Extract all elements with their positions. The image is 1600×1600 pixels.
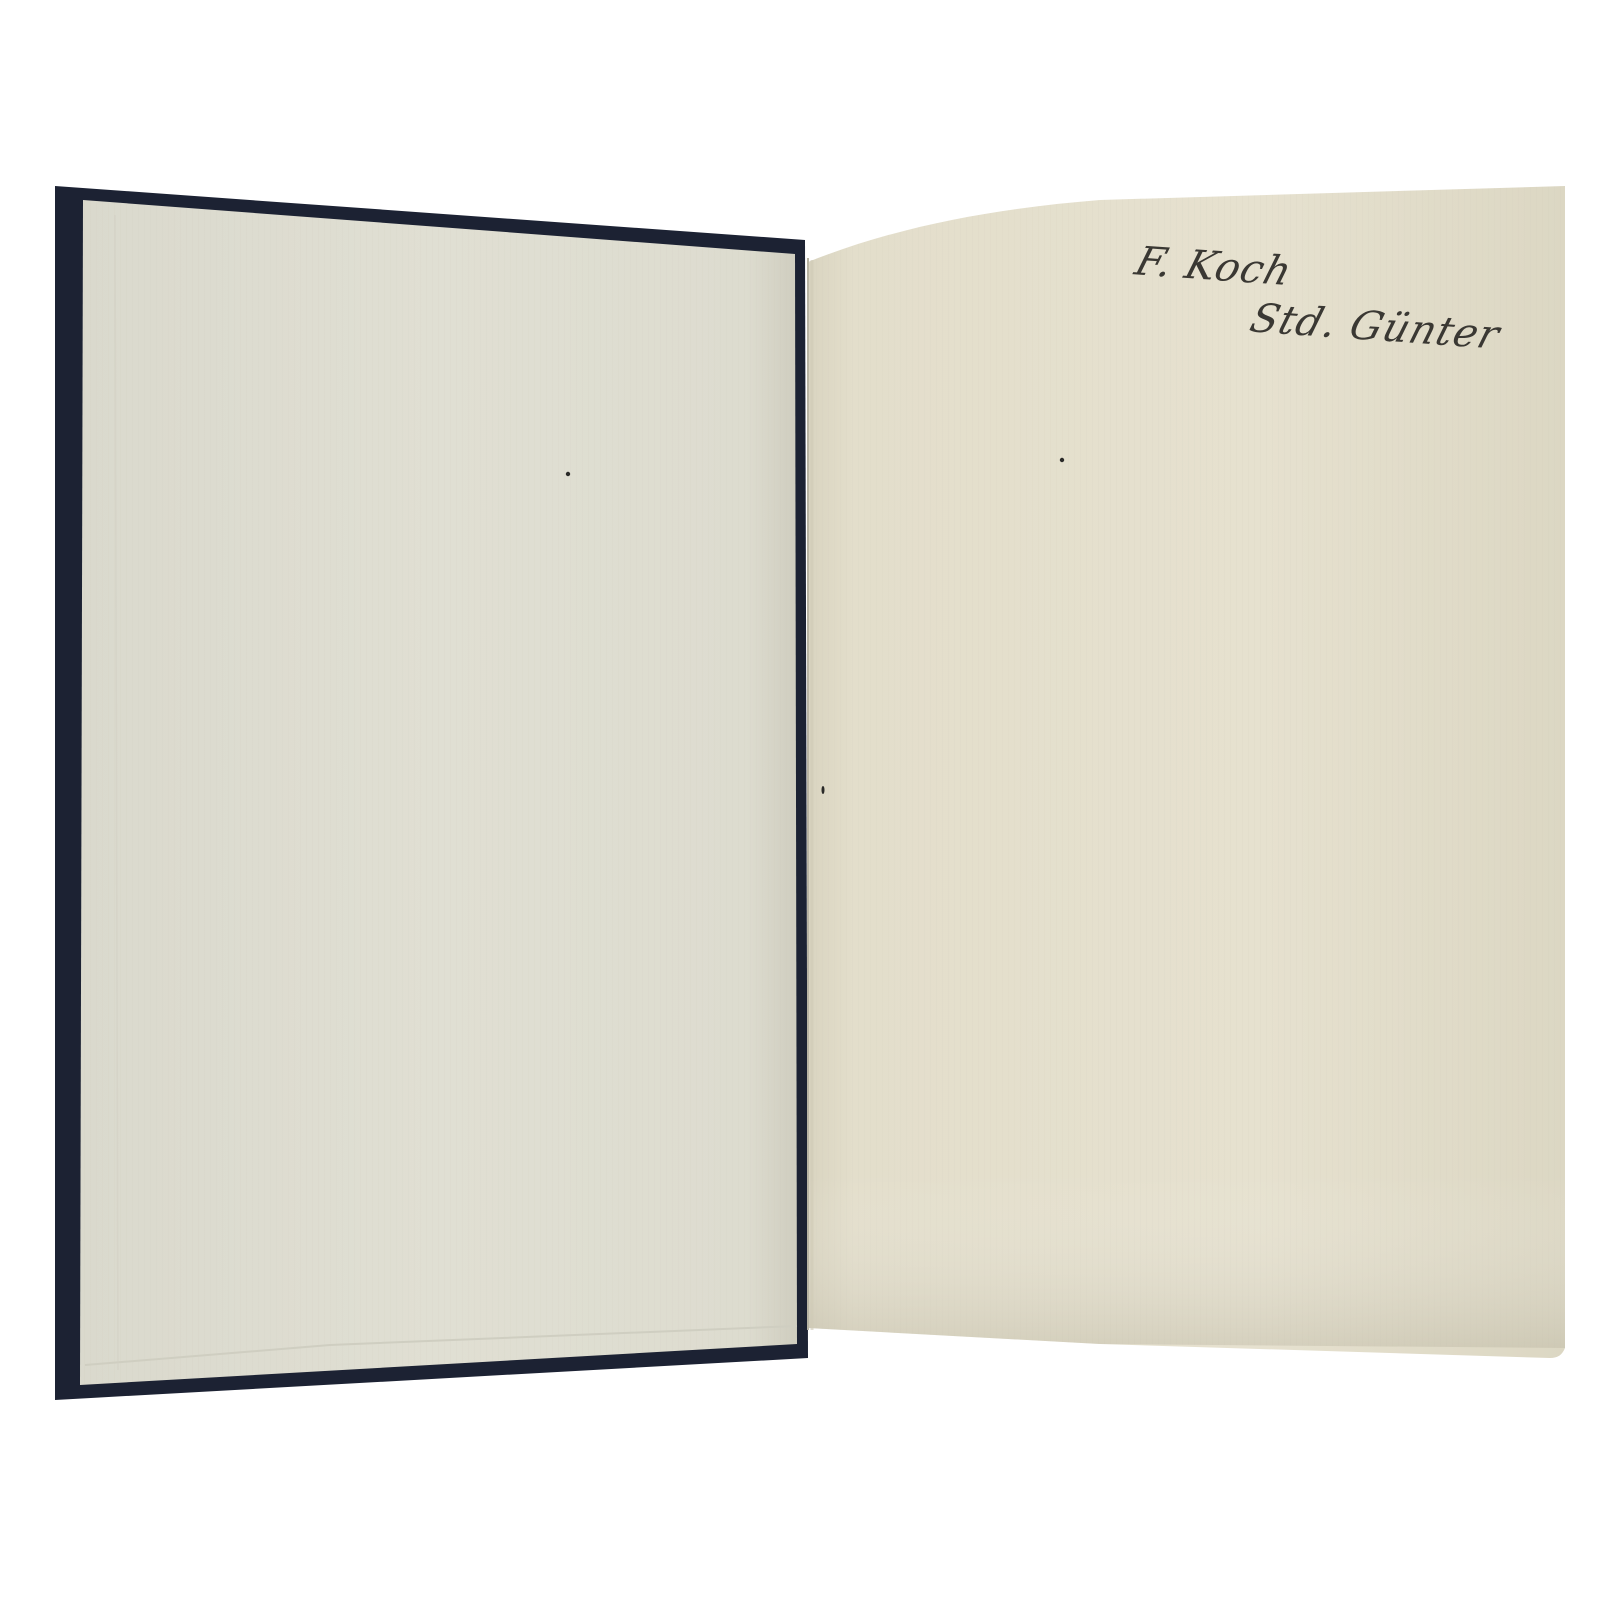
book-photo: F. Koch Std. Günter <box>0 0 1600 1600</box>
speck <box>1060 458 1064 462</box>
speck <box>822 786 825 794</box>
open-book-illustration <box>0 0 1600 1600</box>
speck <box>566 472 570 476</box>
